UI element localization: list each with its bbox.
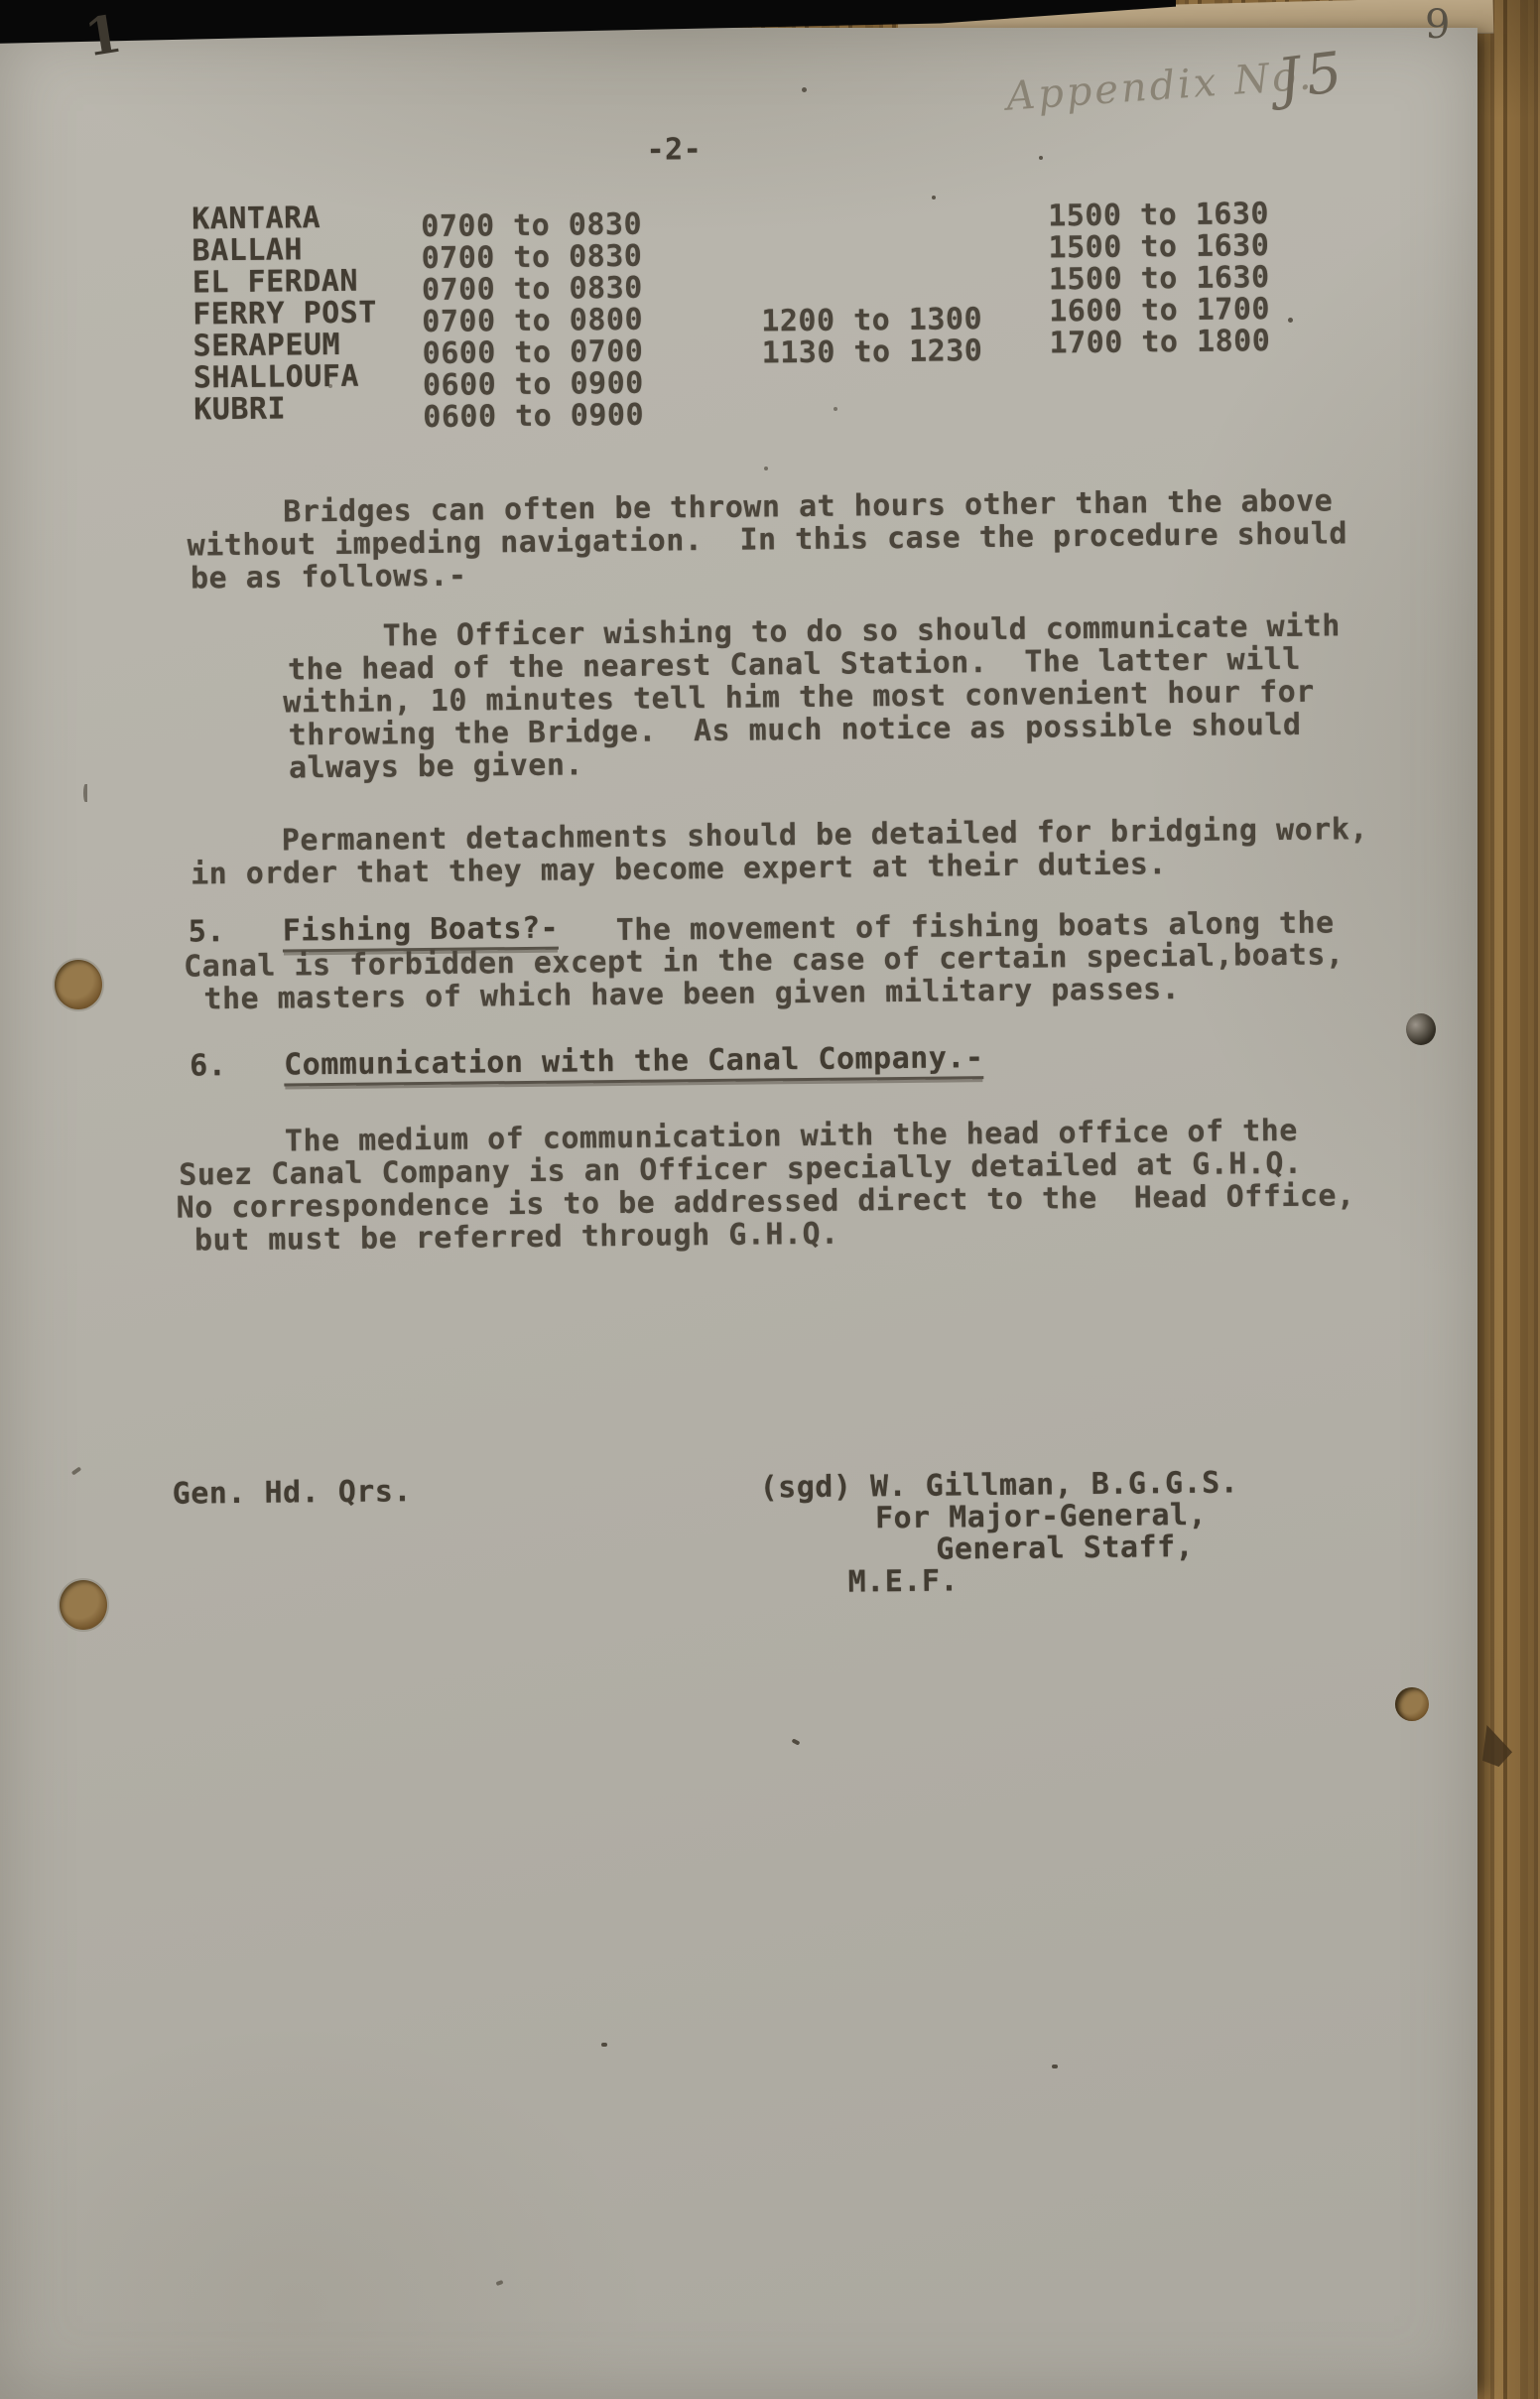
section-number: 5. bbox=[189, 917, 225, 947]
paper-speck bbox=[932, 196, 936, 200]
bridge-schedule-table: KANTARA 0700 to 0830 1500 to 1630 BALLAH… bbox=[0, 0, 1476, 1]
signature-for-line: For Major-General, bbox=[875, 1501, 1207, 1533]
morning-cell: 0700 to 0830 bbox=[421, 210, 642, 242]
table-row: KANTARA 0700 to 0830 1500 to 1630 bbox=[0, 0, 1476, 1]
evening-cell: 1600 to 1700 bbox=[1049, 295, 1270, 327]
table-row: KUBRI 0600 to 0900 bbox=[0, 0, 1476, 1]
midday-cell: 1130 to 1230 bbox=[762, 336, 983, 368]
evening-cell: 1500 to 1630 bbox=[1048, 231, 1269, 263]
signature-force-line: M.E.F. bbox=[847, 1566, 959, 1597]
signature-location: Gen. Hd. Qrs. bbox=[173, 1477, 413, 1510]
paragraph-line: the masters of which have been given mil… bbox=[203, 975, 1180, 1014]
signature-staff-line: General Staff, bbox=[936, 1533, 1194, 1565]
morning-cell: 0600 to 0900 bbox=[423, 369, 644, 401]
morning-cell: 0700 to 0830 bbox=[422, 274, 643, 306]
station-cell: EL FERDAN bbox=[192, 267, 358, 299]
table-row: SHALLOUFA 0600 to 0900 bbox=[0, 0, 1476, 1]
paper-scratch bbox=[1052, 2065, 1058, 2068]
station-cell: KANTARA bbox=[192, 203, 321, 234]
paragraph-line: be as follows.- bbox=[191, 562, 467, 595]
paragraph-line: but must be referred through G.H.Q. bbox=[194, 1220, 839, 1257]
punch-hole-left-top bbox=[55, 960, 102, 1009]
sheet-number: -2- bbox=[646, 135, 702, 166]
section-fishing-boats: 5. Fishing Boats?- The movement of fishi… bbox=[0, 0, 1476, 1]
station-cell: KUBRI bbox=[193, 394, 286, 425]
section-canal-company: 6. Communication with the Canal Company.… bbox=[0, 0, 1476, 1]
paragraph-line: throwing the Bridge. As much notice as p… bbox=[289, 711, 1302, 751]
station-cell: SHALLOUFA bbox=[193, 362, 359, 394]
paragraph-line: always be given. bbox=[289, 750, 583, 783]
evening-cell: 1500 to 1630 bbox=[1049, 263, 1270, 295]
paper-speck bbox=[834, 407, 837, 411]
section-heading: Communication with the Canal Company.- bbox=[284, 1043, 984, 1086]
signature-block: Gen. Hd. Qrs. (sgd) W. Gillman, B.G.G.S.… bbox=[0, 0, 1476, 1]
evening-cell: 1700 to 1800 bbox=[1049, 327, 1270, 358]
paper-speck bbox=[328, 384, 332, 388]
table-row: FERRY POST 0700 to 0800 1200 to 1300 160… bbox=[0, 0, 1476, 1]
station-cell: FERRY POST bbox=[192, 298, 377, 330]
morning-cell: 0600 to 0700 bbox=[423, 337, 644, 369]
table-row: BALLAH 0700 to 0830 1500 to 1630 bbox=[0, 0, 1476, 1]
paper-speck bbox=[1039, 156, 1043, 160]
station-cell: SERAPEUM bbox=[192, 331, 340, 362]
punch-hole-left-bottom bbox=[60, 1580, 107, 1630]
table-row: SERAPEUM 0600 to 0700 1130 to 1230 1700 … bbox=[0, 0, 1476, 1]
section-number: 6. bbox=[190, 1051, 226, 1081]
paper-speck bbox=[764, 466, 768, 470]
paragraph-officer-procedure: The Officer wishing to do so should comm… bbox=[0, 0, 1476, 1]
paragraph-bridges: Bridges can often be thrown at hours oth… bbox=[0, 0, 1476, 1]
morning-cell: 0600 to 0900 bbox=[423, 401, 644, 433]
scanned-document-page: -2- KANTARA 0700 to 0830 1500 to 1630 BA… bbox=[0, 0, 1540, 2399]
paper-speck bbox=[1234, 922, 1239, 927]
punch-hole-right-bottom bbox=[1395, 1687, 1429, 1721]
midday-cell: 1200 to 1300 bbox=[761, 305, 982, 336]
paper-scratch bbox=[83, 784, 87, 802]
paragraph-detachments: Permanent detachments should be detailed… bbox=[0, 0, 1476, 1]
paper-scratch bbox=[601, 2043, 607, 2047]
station-cell: BALLAH bbox=[192, 235, 303, 266]
morning-cell: 0700 to 0830 bbox=[421, 242, 642, 274]
typed-content-layer: -2- KANTARA 0700 to 0830 1500 to 1630 BA… bbox=[0, 0, 1500, 2372]
paper-speck bbox=[1288, 318, 1293, 323]
morning-cell: 0700 to 0800 bbox=[422, 306, 643, 337]
appendix-pencil-number: J5 bbox=[1274, 40, 1350, 112]
page-number: 9 bbox=[1425, 2, 1450, 48]
paragraph-line: in order that they may become expert at … bbox=[191, 850, 1167, 889]
evening-cell: 1500 to 1630 bbox=[1048, 200, 1269, 231]
paper-speck bbox=[802, 87, 807, 92]
punch-hole-right-top bbox=[1406, 1013, 1436, 1045]
table-row: EL FERDAN 0700 to 0830 1500 to 1630 bbox=[0, 0, 1476, 1]
